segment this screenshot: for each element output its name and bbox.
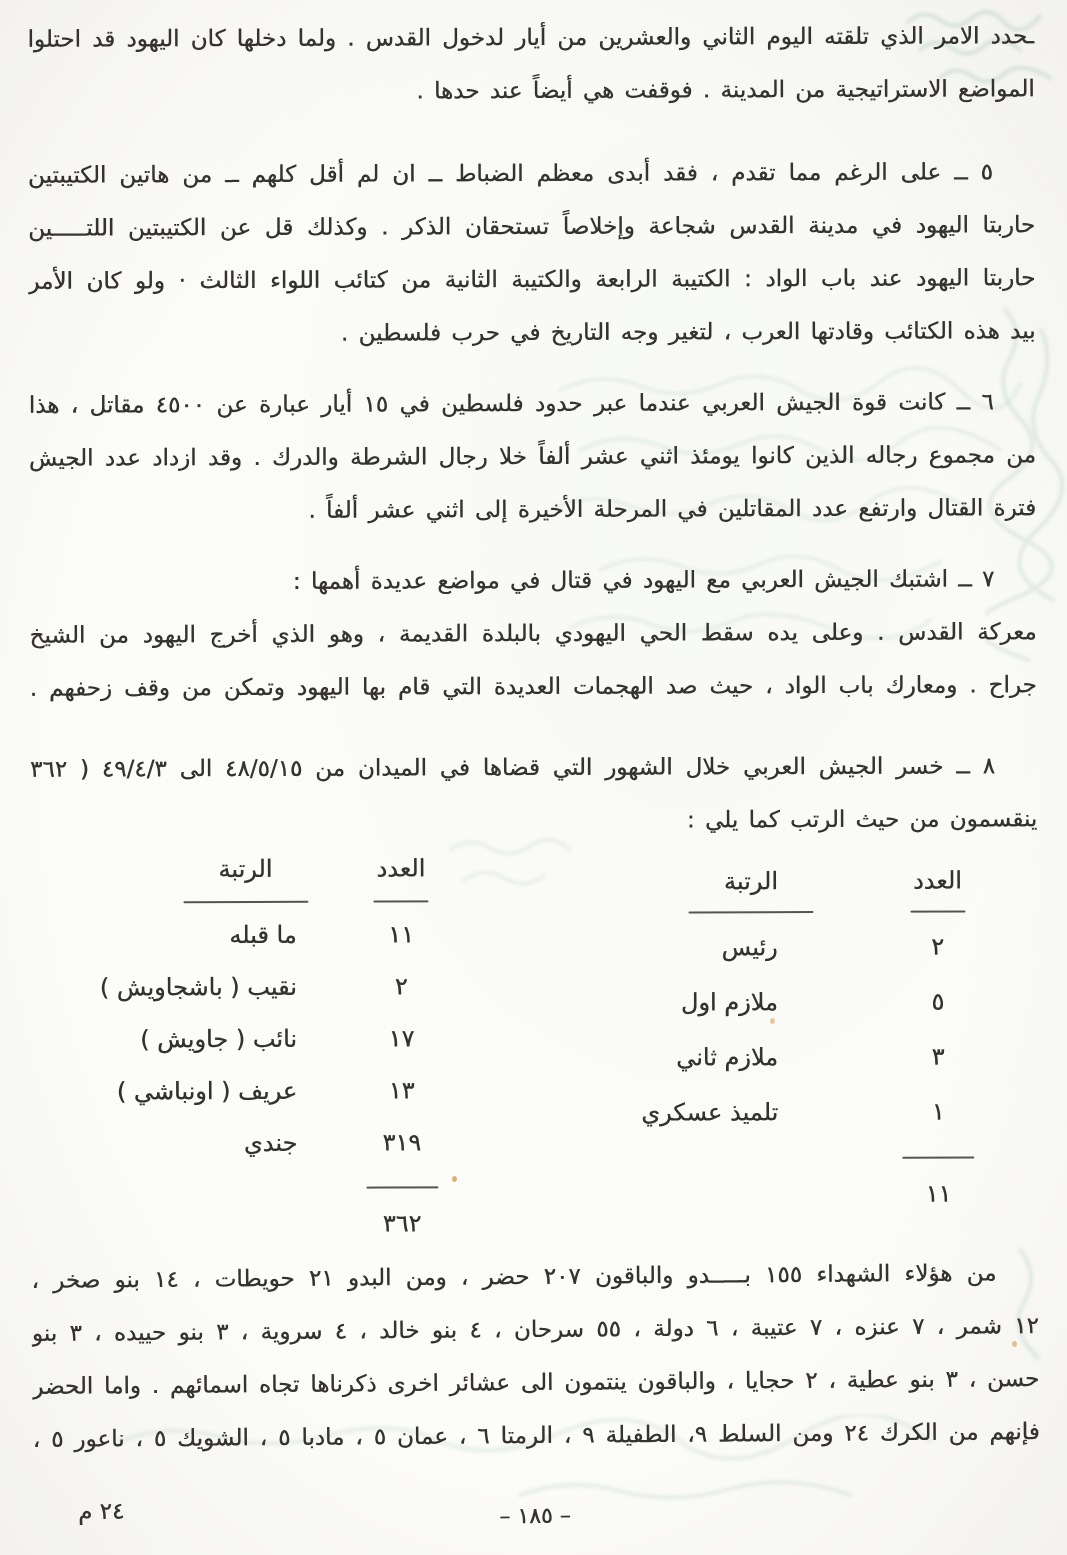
subtotal-rule [366, 1186, 438, 1188]
paragraph-line: معركة القدس . وعلى يده سقط الحي اليهودي … [29, 606, 1036, 663]
table-row: ١ تلميذ عسكري [598, 1083, 993, 1139]
rank-cell: ملازم ثاني [598, 1042, 883, 1071]
intro-line: ـحدد الامر الذي تلقته اليوم الثاني والعش… [27, 10, 1034, 67]
intro-line: المواضع الاستراتيجية من المدينة . فوقفت … [28, 63, 1035, 120]
header-underline [183, 901, 308, 903]
paragraph-line: بيد هذه الكتائب وقادتها العرب ، لتغير وج… [28, 305, 1035, 362]
rank-cell: تلميذ عسكري [598, 1097, 883, 1126]
total-value: ٣٦٢ [360, 1209, 445, 1237]
paragraph-line: جراح . ومعارك باب الواد ، حيث صد الهجمات… [30, 659, 1037, 716]
header-underline [910, 910, 965, 912]
intro-paragraph: ـحدد الامر الذي تلقته اليوم الثاني والعش… [27, 10, 1034, 120]
paragraph-line: من مجموع رجاله الذين كانوا يومئذ اثني عش… [29, 429, 1036, 486]
paragraph-line: ينقسمون من حيث الرتب كما يلي : [30, 793, 1037, 850]
count-cell: ١٧ [359, 1024, 444, 1052]
rank-cell: نقيب ( باشجاويش ) [99, 973, 359, 1002]
scanned-book-page: ـحدد الامر الذي تلقته اليوم الثاني والعش… [0, 0, 1067, 1555]
subtotal-rule-row [99, 1174, 444, 1201]
paragraph-7: ٧ ــ اشتبك الجيش العربي مع اليهود في قتا… [29, 553, 1037, 716]
table-header-row: العدد الرتبة [597, 856, 992, 905]
rank-cell: رئيس [598, 932, 883, 961]
count-cell: ٣ [883, 1042, 993, 1070]
paragraph-line: ٧ ــ اشتبك الجيش العربي مع اليهود في قتا… [29, 553, 1036, 610]
casualty-table-enlisted: العدد الرتبة ١١ ما قبله ٢ نقيب ( باشجاوي… [98, 842, 444, 1246]
table-row: ٥ ملازم اول [598, 973, 993, 1029]
count-cell: ٢ [359, 972, 444, 1000]
rank-cell: ملازم اول [598, 987, 883, 1016]
count-cell: ٣١٩ [359, 1128, 444, 1156]
count-cell: ١١ [358, 920, 443, 948]
header-underline [373, 900, 428, 902]
paragraph-line: ٨ ــ خسر الجيش العربي خلال الشهور التي ق… [30, 740, 1037, 797]
count-cell: ٢ [883, 932, 993, 960]
paragraph-line: فترة القتال وارتفع عدد المقاتلين في المر… [29, 482, 1036, 539]
table-row: ٣١٩ جندي [99, 1116, 444, 1169]
table-row: ١١ ما قبله [98, 908, 443, 961]
count-cell: ٥ [883, 987, 993, 1015]
table-row: ١٧ نائب ( جاويش ) [99, 1012, 444, 1065]
footer-page-number: – ١٨٥ – [455, 1503, 615, 1530]
subtotal-rule-row [598, 1144, 993, 1171]
table-header-rank: الرتبة [597, 867, 882, 896]
count-cell: ١٣ [359, 1076, 444, 1104]
paragraph-line: حسن ، ٣ بنو عطية ، ٢ حجايا ، والباقون ين… [32, 1353, 1039, 1414]
page-content: ـحدد الامر الذي تلقته اليوم الثاني والعش… [0, 0, 1067, 1555]
rank-cell: جندي [99, 1129, 359, 1158]
rank-cell: نائب ( جاويش ) [99, 1025, 359, 1054]
paragraph-6: ٦ ــ كانت قوة الجيش العربي عندما عبر حدو… [29, 376, 1037, 539]
table-row: ١٣ عريف ( اونباشي ) [99, 1064, 444, 1117]
footer-volume-mark: ٢٤ م [78, 1499, 125, 1526]
count-cell: ١ [883, 1097, 993, 1125]
casualty-tables: العدد الرتبة ٢ رئيس ٥ ملازم اول ٣ مل [30, 846, 1038, 1245]
table-header-count: العدد [358, 854, 443, 882]
closing-paragraph: من هؤلاء الشهداء ١٥٥ بـــــدو والباقون ٢… [31, 1247, 1040, 1467]
subtotal-rule [902, 1156, 974, 1158]
table-header-row: العدد الرتبة [98, 842, 443, 895]
casualty-table-officers: العدد الرتبة ٢ رئيس ٥ ملازم اول ٣ مل [597, 856, 993, 1216]
paragraph-5: ٥ ــ على الرغم مما تقدم ، فقد أبدى معظم … [28, 146, 1036, 362]
header-rules [98, 894, 443, 909]
paragraph-line: من هؤلاء الشهداء ١٥٥ بـــــدو والباقون ٢… [31, 1247, 1038, 1308]
paragraph-line: حاربتا اليهود عند باب الواد : الكتيبة ال… [28, 252, 1035, 309]
table-row: ٢ نقيب ( باشجاويش ) [99, 960, 444, 1013]
header-underline [688, 911, 813, 913]
paragraph-line: ٦ ــ كانت قوة الجيش العربي عندما عبر حدو… [29, 376, 1036, 433]
paragraph-8: ٨ ــ خسر الجيش العربي خلال الشهور التي ق… [30, 740, 1037, 850]
table-row: ٣ ملازم ثاني [598, 1028, 993, 1084]
rank-cell: عريف ( اونباشي ) [99, 1077, 359, 1106]
table-header-rank: الرتبة [98, 855, 358, 884]
table-header-count: العدد [882, 866, 992, 894]
paragraph-line: ١٢ شمر ، ٧ عنزه ، ٧ عتيبة ، ٦ دولة ، ٥٥ … [32, 1300, 1039, 1361]
header-rules [597, 904, 992, 919]
table-total-row: ١١ [598, 1170, 993, 1216]
paragraph-line: ٥ ــ على الرغم مما تقدم ، فقد أبدى معظم … [28, 146, 1035, 203]
table-total-row: ٣٦٢ [99, 1200, 444, 1246]
rank-cell: ما قبله [99, 921, 359, 950]
paragraph-line: فإنهم من الكرك ٢٤ ومن السلط ٩، الطفيلة ٩… [32, 1406, 1039, 1467]
paragraph-line: حاربتا اليهود في مدينة القدس شجاعة وإخلا… [28, 199, 1035, 256]
total-value: ١١ [883, 1179, 993, 1207]
table-row: ٢ رئيس [597, 918, 992, 974]
